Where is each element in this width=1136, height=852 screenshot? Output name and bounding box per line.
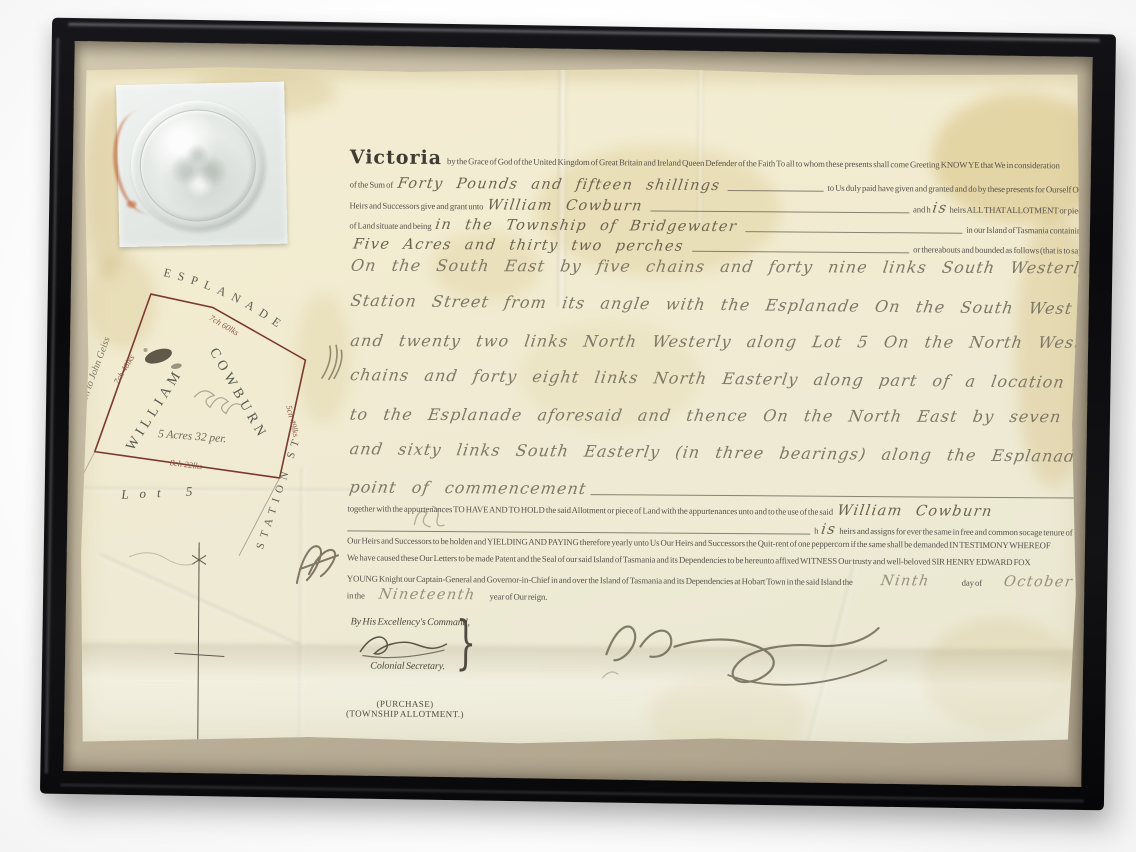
pencil-initials-strokes bbox=[297, 546, 338, 583]
blank-rule bbox=[651, 210, 909, 214]
in-the-label: in the bbox=[347, 590, 365, 600]
situate-post-text: in our Island of Tasmania containing bbox=[966, 225, 1081, 236]
signature-stroke bbox=[360, 637, 446, 655]
day-handwritten: Ninth bbox=[880, 573, 931, 589]
testimony-text: We have caused these Our Letters to be m… bbox=[347, 552, 1031, 567]
tenure-h-text: h bbox=[814, 526, 818, 536]
lot-label: Lot 5 bbox=[120, 483, 204, 502]
grantee-name-handwritten: William Cowburn bbox=[486, 197, 644, 214]
boundary-text: chains and forty eight links North Easte… bbox=[349, 365, 1082, 393]
sum-label: of the Sum of bbox=[350, 179, 394, 189]
grant-pre-text: Heirs and Successors give and grant unto bbox=[349, 200, 483, 211]
reign-year-handwritten: Nineteenth bbox=[378, 587, 477, 604]
day-of-label: day of bbox=[962, 578, 983, 588]
signature-stroke bbox=[606, 626, 635, 660]
boundary-text: point of commencement bbox=[348, 477, 588, 498]
boundary-line: On the South East by five chains and for… bbox=[351, 256, 1081, 278]
blank-rule bbox=[728, 189, 824, 192]
habendum-line: together with the appurtenances TO HAVE … bbox=[347, 499, 1081, 520]
survey-plan: ESPLANADE STATION ST WILLIAM COWBURN bbox=[79, 254, 371, 750]
neighbour-boundary-extension-line bbox=[79, 451, 95, 504]
pencil-note-mark bbox=[405, 494, 454, 539]
command-line: By His Excellency's Command, bbox=[351, 616, 470, 628]
frame-gloss-highlight bbox=[68, 23, 1100, 43]
governor-signature bbox=[578, 602, 919, 696]
boundary-line: chains and forty eight links North Easte… bbox=[350, 365, 1081, 392]
measurement-station: 5ch 49lks bbox=[284, 404, 301, 438]
colonial-secretary-signature bbox=[354, 629, 454, 664]
parchment-document: ESPLANADE STATION ST WILLIAM COWBURN bbox=[79, 64, 1082, 751]
meridian-star-mark bbox=[192, 548, 206, 571]
grant-post-text: heirs ALL THAT ALLOTMENT or piece bbox=[950, 205, 1082, 216]
plan-area-label: 5 Acres 32 per. bbox=[158, 428, 227, 445]
ink-blot-main bbox=[143, 346, 174, 367]
ink-offset-marks bbox=[322, 343, 344, 381]
picture-frame: ESPLANADE STATION ST WILLIAM COWBURN bbox=[40, 18, 1116, 811]
signature-stroke bbox=[640, 630, 671, 656]
document-canvas: ESPLANADE STATION ST WILLIAM COWBURN bbox=[79, 64, 1082, 751]
boundary-text: and twenty two links North Westerly alon… bbox=[349, 331, 1081, 352]
boundary-line: point of commencement bbox=[349, 477, 1081, 501]
owner-last-text: COWBURN bbox=[205, 346, 270, 443]
pencil-initials bbox=[297, 546, 338, 583]
boundary-text: On the South East by five chains and for… bbox=[350, 256, 1082, 278]
tenure-is-handwritten: is bbox=[820, 522, 837, 538]
township-handwritten: in the Township of Bridgewater bbox=[434, 217, 738, 235]
tenure-post-text: heirs and assigns for ever the same in f… bbox=[839, 526, 1081, 538]
testimony-line: We have caused these Our Letters to be m… bbox=[347, 552, 1081, 567]
boundary-text: Station Street from its angle with the E… bbox=[349, 291, 1081, 320]
owner-last-label: COWBURN bbox=[205, 346, 270, 443]
witness-text: YOUNG Knight our Captain-General and Gov… bbox=[347, 573, 853, 587]
sum-value-handwritten: Forty Pounds and fifteen shillings bbox=[396, 176, 721, 194]
month-handwritten: October bbox=[1003, 574, 1075, 590]
boundary-text: and sixty links South Easterly (in three… bbox=[348, 439, 1081, 467]
pencil-tick-mark bbox=[598, 664, 628, 684]
seal-wafer-paper bbox=[116, 82, 287, 247]
meridian-cross-bar bbox=[174, 653, 224, 656]
area-post-text: or thereabouts and bounded as follows (t… bbox=[913, 244, 1081, 255]
measurement-lot5: 8ch 22lks bbox=[169, 457, 203, 471]
blank-rule bbox=[591, 493, 1082, 498]
grant-his-handwritten: is bbox=[932, 200, 949, 216]
boundary-line: and sixty links South Easterly (in three… bbox=[350, 439, 1082, 466]
form-type-line2: (TOWNSHIP ALLOTMENT.) bbox=[328, 708, 482, 719]
signature-flourish bbox=[728, 659, 886, 685]
station-street-text: STATION ST bbox=[254, 432, 304, 551]
initial-word-victoria: Victoria bbox=[350, 151, 442, 164]
command-text: By His Excellency's Command, bbox=[351, 616, 470, 628]
ink-blot bbox=[143, 345, 182, 369]
ink-blot-dot bbox=[143, 348, 147, 352]
pencil-mark-stroke bbox=[412, 505, 444, 529]
office-text: Colonial Secretary. bbox=[370, 661, 445, 673]
situate-pre-text: of Land situate and being bbox=[349, 220, 431, 231]
station-street-label: STATION ST bbox=[254, 432, 304, 551]
grant-mid-text: and h bbox=[913, 204, 931, 214]
boundary-text: to the Esplanade aforesaid and thence On… bbox=[349, 405, 1082, 427]
habendum-grantee-handwritten: William Cowburn bbox=[836, 503, 994, 520]
pencil-guide-line bbox=[129, 553, 195, 565]
situate-line: of Land situate and being in the Townshi… bbox=[349, 216, 1081, 237]
boundary-line: and twenty two links North Westerly alon… bbox=[351, 331, 1082, 352]
reign-post-text: year of Our reign. bbox=[490, 591, 548, 601]
frame-gloss-highlight bbox=[45, 38, 60, 774]
area-handwritten: Five Acres and thirty two perches bbox=[352, 236, 685, 254]
boundary-line: Station Street from its angle with the E… bbox=[351, 291, 1082, 318]
office-line: Colonial Secretary. bbox=[370, 661, 445, 673]
curly-brace: } bbox=[456, 611, 477, 673]
mat-board: ESPLANADE STATION ST WILLIAM COWBURN bbox=[63, 41, 1092, 787]
meridian-line-group bbox=[128, 542, 225, 751]
frame-gloss-highlight bbox=[60, 784, 1084, 803]
measurement-northwest: 7ch 48lks bbox=[111, 352, 136, 386]
signature-stroke bbox=[674, 627, 878, 683]
sum-post-text: to Us duly paid have given and granted a… bbox=[827, 183, 1081, 195]
form-type-imprint: (PURCHASE) (TOWNSHIP ALLOTMENT.) bbox=[328, 698, 482, 719]
framed-land-grant-photo: ESPLANADE STATION ST WILLIAM COWBURN bbox=[0, 0, 1136, 852]
blank-rule bbox=[745, 230, 962, 234]
measurement-esplanade: 7ch 60lks bbox=[208, 313, 242, 338]
boundary-line: to the Esplanade aforesaid and thence On… bbox=[350, 405, 1081, 427]
governor-signature-strokes bbox=[606, 626, 886, 685]
blank-rule bbox=[692, 250, 909, 254]
pencil-mark-stroke bbox=[602, 672, 618, 678]
meridian-line bbox=[198, 542, 199, 750]
opening-text: by the Grace of God of the United Kingdo… bbox=[447, 156, 1060, 170]
